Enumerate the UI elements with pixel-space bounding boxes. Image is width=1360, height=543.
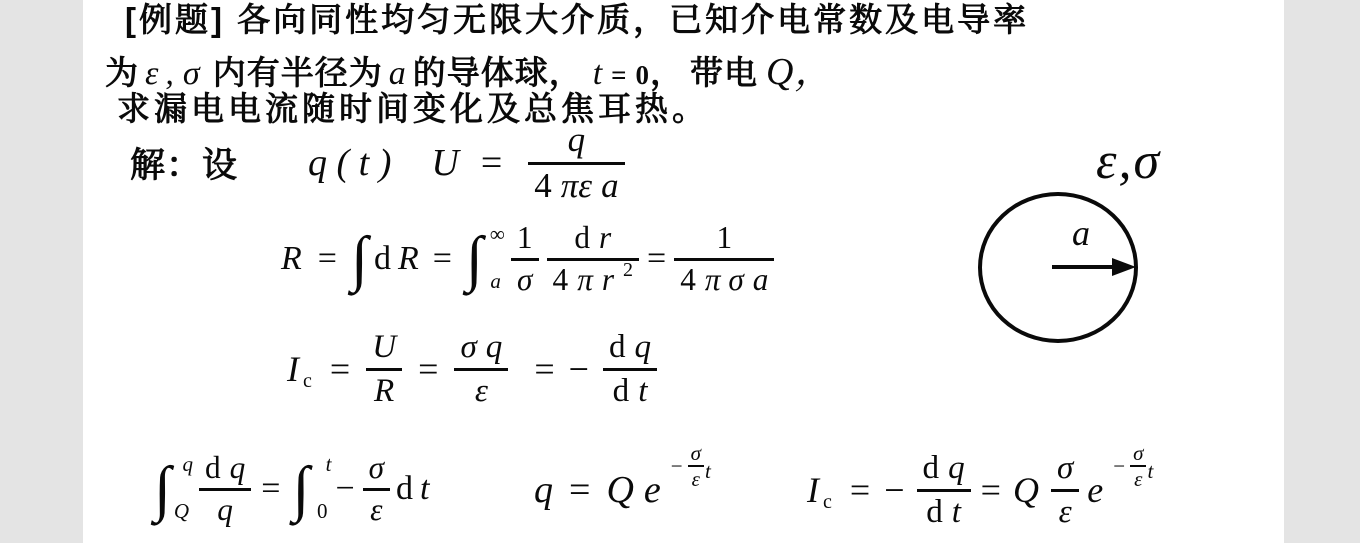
resistance-symbol: R [281, 240, 302, 278]
minus-sign: − [884, 469, 904, 511]
equals-sign: = [330, 348, 350, 390]
current-subscript: c [823, 491, 832, 514]
fraction: 1 σ [511, 222, 539, 297]
charge-Q-symbol: Q [1013, 469, 1039, 511]
radius-arrowhead [1112, 258, 1136, 276]
q-of-t: q ( t ) [308, 141, 391, 185]
fraction-bar [674, 258, 774, 261]
minus-sign: − [671, 454, 683, 479]
exponent-group: − σ ε t [1113, 442, 1153, 490]
integral-sign: ∫ [351, 230, 368, 288]
fraction: d q d t [917, 451, 971, 530]
lecture-slide: [例题] 各向同性均匀无限大介质，已知介电常数及电导率 为 ε , σ 内有半径… [0, 0, 1360, 543]
potential-formula: 解：设 q ( t ) U = q 4 πε a [130, 122, 625, 204]
fraction-numerator: q [568, 122, 585, 159]
charge-solution-formula: q = Q e − σ ε t [534, 452, 711, 528]
problem-line-1: [例题] 各向同性均匀无限大介质，已知介电常数及电导率 [125, 0, 1029, 41]
equals-sign: = [850, 469, 870, 511]
integral-upper-limit: q [182, 452, 193, 477]
current-formula: I c = U R = σ q ε = − d q d t [287, 328, 657, 410]
integral-Q-to-q: ∫ q Q [154, 460, 191, 518]
separation-integral-formula: ∫ q Q d q q = ∫ t 0 − σ ε d t [154, 448, 430, 530]
integral-lower-limit: Q [174, 499, 189, 524]
equals-sign: = [981, 469, 1001, 511]
radius-label: a [1072, 212, 1090, 254]
fraction: 1 4 π σ a [674, 222, 774, 297]
small-fraction: σ ε [688, 442, 704, 490]
fraction-bar [511, 258, 539, 261]
equals-sign: = [261, 470, 280, 508]
fraction: σ ε [363, 452, 390, 527]
exponent-group: − σ ε t [671, 442, 711, 490]
small-fraction: σ ε [1130, 442, 1146, 490]
voltage-symbol: U [431, 141, 458, 185]
fraction: σ ε [1051, 451, 1079, 530]
radius-arrow-line [1052, 265, 1118, 269]
fraction-bar [199, 488, 251, 491]
integral-upper-limit: t [326, 452, 332, 477]
current-symbol: I [807, 469, 819, 511]
minus-sign: − [1113, 454, 1125, 479]
differential-dR: d R [374, 240, 419, 278]
integral-lower-limit: 0 [317, 499, 328, 524]
fraction-bar [366, 368, 402, 371]
equals-sign: = [318, 240, 337, 278]
medium-label: ε,σ [1096, 132, 1161, 191]
charge-symbol: Q [766, 50, 794, 94]
fraction-bar [528, 162, 624, 165]
equals-sign: = [569, 468, 590, 512]
comma: ， [794, 40, 833, 95]
fraction: q 4 πε a [528, 122, 624, 204]
time-symbol: t [705, 459, 711, 484]
fraction: d r 4 π r 2 [547, 222, 639, 297]
euler-e: e [1087, 469, 1103, 511]
resistance-formula: R = ∫ d R = ∫ ∞ a 1 σ d r 4 π [281, 218, 774, 300]
time-symbol: t [1147, 459, 1153, 484]
pi-epsilon: πε [561, 168, 592, 205]
fraction-bar [363, 488, 390, 491]
current-symbol: I [287, 348, 299, 390]
fraction-bar [917, 489, 971, 492]
charge-q-symbol: q [534, 468, 553, 512]
equals-sign: = [647, 240, 666, 278]
integral-upper-limit: ∞ [490, 222, 505, 247]
minus-sign: − [569, 348, 589, 390]
minus-sign: − [335, 470, 354, 508]
solve-label: 解：设 [130, 138, 238, 188]
fraction: U R [366, 330, 402, 409]
fraction: d q d t [603, 330, 657, 409]
coefficient: 4 [534, 168, 551, 205]
fraction-bar [603, 368, 657, 371]
fraction-bar [454, 368, 508, 371]
equals-sign: = [418, 348, 438, 390]
integral-a-to-infinity: ∫ ∞ a [466, 230, 503, 288]
integral-0-to-t: ∫ t 0 [292, 460, 329, 518]
fraction: d q q [199, 452, 251, 527]
equals-sign: = [481, 141, 502, 185]
leak-current-solution-formula: I c = − d q d t = Q σ ε e − σ [807, 448, 1153, 532]
radius-symbol: a [601, 168, 618, 205]
squared-exponent: 2 [623, 260, 633, 281]
equals-sign: = [534, 348, 554, 390]
charge-Q-symbol: Q [606, 468, 633, 512]
equals-sign: = [433, 240, 452, 278]
integral-lower-limit: a [490, 269, 501, 294]
current-subscript: c [303, 370, 312, 393]
euler-e: e [644, 468, 661, 512]
differential-dt: d t [396, 470, 429, 508]
fraction: σ q ε [454, 330, 508, 409]
fraction-bar [1051, 489, 1079, 492]
